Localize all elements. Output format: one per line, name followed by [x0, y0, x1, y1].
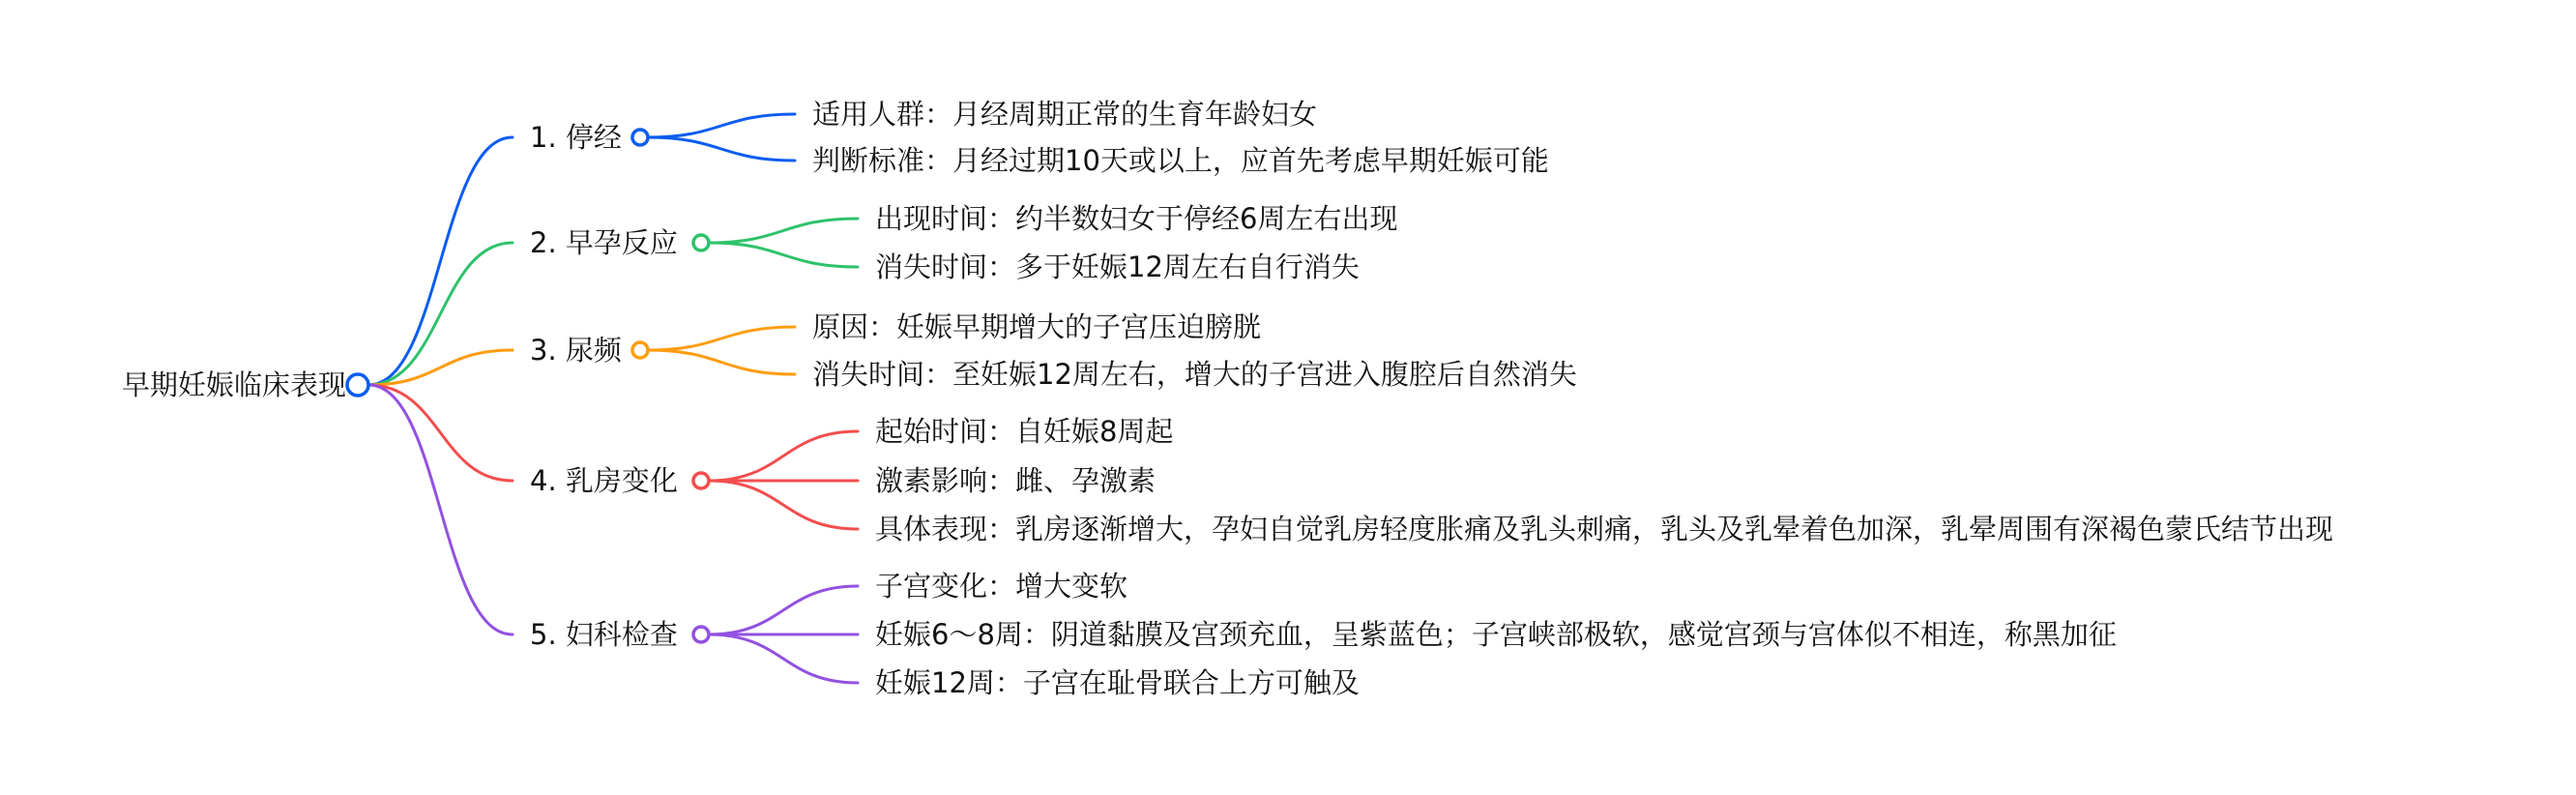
leaf-label[interactable]: 子宫变化：增大变软	[875, 567, 1127, 605]
connector-line	[709, 634, 858, 683]
connector-line	[368, 137, 512, 385]
connector-line	[648, 350, 795, 374]
connector-line	[368, 385, 512, 481]
collapse-toggle-icon[interactable]	[693, 235, 709, 250]
leaf-label[interactable]: 出现时间：约半数妇女于停经6周左右出现	[875, 199, 1397, 238]
leaf-label[interactable]: 消失时间：多于妊娠12周左右自行消失	[875, 248, 1360, 286]
leaf-label[interactable]: 判断标准：月经过期10天或以上，应首先考虑早期妊娠可能	[812, 141, 1549, 180]
leaf-label[interactable]: 妊娠12周：子宫在耻骨联合上方可触及	[875, 663, 1360, 702]
leaf-label[interactable]: 原因：妊娠早期增大的子宫压迫膀胱	[812, 308, 1261, 346]
leaf-label[interactable]: 妊娠6～8周：阴道黏膜及宫颈充血，呈紫蓝色；子宫峡部极软，感觉宫颈与宫体似不相连…	[875, 615, 2117, 654]
branch-label-gynecologic-exam[interactable]: 5. 妇科检查	[530, 615, 678, 654]
branch-label-frequent-urination[interactable]: 3. 尿频	[530, 331, 622, 369]
branch-label-morning-sickness[interactable]: 2. 早孕反应	[530, 223, 678, 262]
connector-line	[648, 327, 795, 350]
root-collapse-toggle-icon[interactable]	[347, 374, 368, 396]
root-node-label[interactable]: 早期妊娠临床表现	[122, 366, 346, 404]
collapse-toggle-icon[interactable]	[693, 627, 709, 642]
leaf-label[interactable]: 起始时间：自妊娠8周起	[875, 412, 1173, 451]
connector-line	[709, 586, 858, 634]
collapse-toggle-icon[interactable]	[632, 342, 648, 358]
connector-line	[709, 219, 858, 243]
connector-line	[709, 243, 858, 267]
collapse-toggle-icon[interactable]	[632, 130, 648, 145]
connector-line	[648, 114, 795, 137]
connector-line	[709, 481, 858, 529]
leaf-label[interactable]: 具体表现：乳房逐渐增大，孕妇自觉乳房轻度胀痛及乳头刺痛，乳头及乳晕着色加深，乳晕…	[875, 510, 2333, 548]
branch-label-breast-changes[interactable]: 4. 乳房变化	[530, 461, 678, 500]
leaf-label[interactable]: 激素影响：雌、孕激素	[875, 461, 1156, 500]
branch-label-menstruation-stop[interactable]: 1. 停经	[530, 118, 622, 157]
connector-line	[368, 385, 512, 634]
connector-line	[709, 431, 858, 481]
leaf-label[interactable]: 适用人群：月经周期正常的生育年龄妇女	[812, 95, 1317, 133]
connector-line	[648, 137, 795, 161]
collapse-toggle-icon[interactable]	[693, 473, 709, 488]
leaf-label[interactable]: 消失时间：至妊娠12周左右，增大的子宫进入腹腔后自然消失	[812, 355, 1577, 394]
